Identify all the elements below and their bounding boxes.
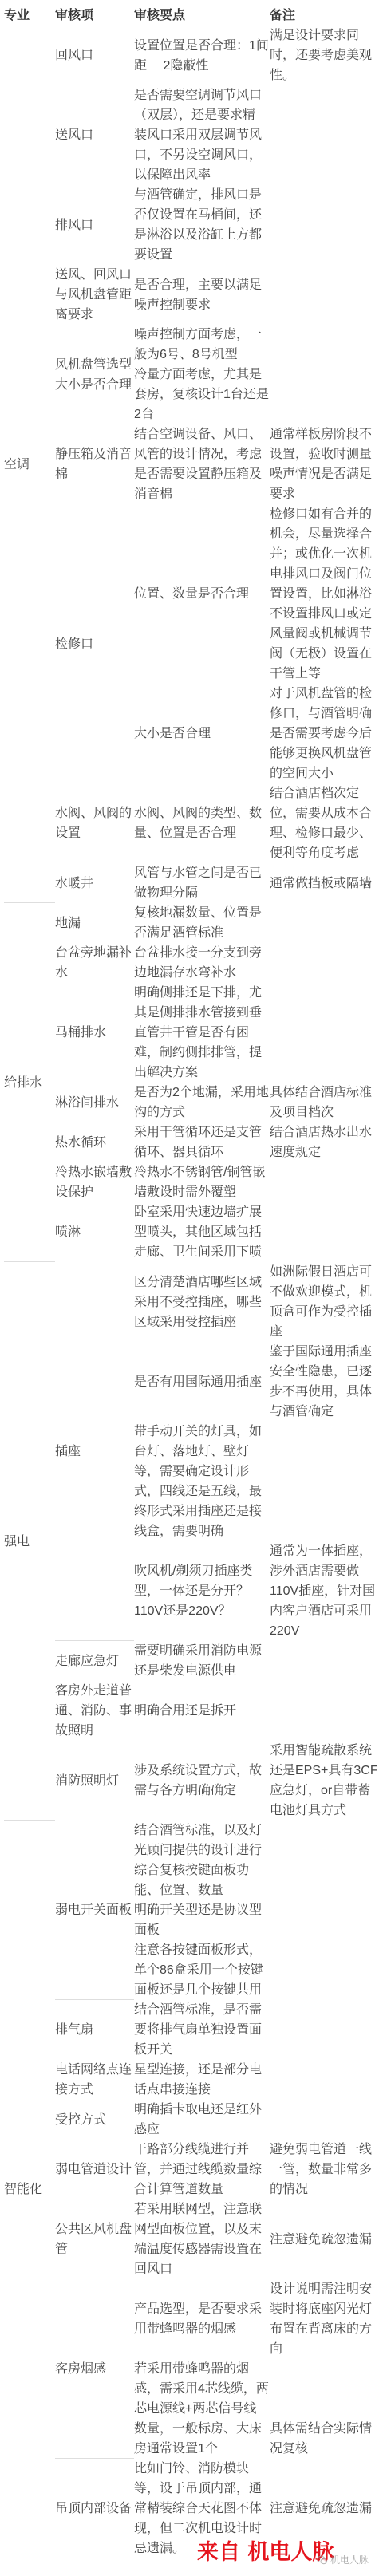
remark-cell: [270, 1821, 376, 1900]
remark-cell: 如洲际假日酒店可 不做欢迎模式，机 顶盒可作为受控插 座: [270, 1262, 376, 1342]
watermark-source: 机电人脉: [317, 2554, 369, 2566]
table-row: 弱电管道设计 干路部分线缆进行并 管，并通过线缆数量综 合计算管道数量 避免弱电…: [4, 2140, 376, 2199]
review-point-cell: 冷热水不锈钢管/铜管嵌 墙敷设时需外覆塑: [134, 1162, 270, 1202]
review-point-cell: 若采用联网型，注意联 网型面板位置，以及末 端温度传感器需设置在 回风口: [134, 2199, 270, 2279]
table-row: 空调 回风口 设置位置是否合理：1间 距 2隐蔽性 满足设计要求同 时，还要考虑…: [4, 26, 376, 85]
review-item-cell: 客房外走道普 通、消防、事 故照明: [55, 1681, 134, 1741]
remark-cell: 具体需结合实际情 况复核: [270, 2419, 376, 2459]
review-point-cell: 设置位置是否合理：1间 距 2隐蔽性: [134, 26, 270, 85]
watermark-text: 来自 机电人脉: [197, 2540, 334, 2566]
review-item-cell: 弱电管道设计: [55, 2140, 134, 2199]
specialty-cell: 智能化: [4, 1821, 55, 2558]
review-item-cell: 喷淋: [55, 1202, 134, 1262]
bottom-divider: [12, 2574, 375, 2574]
review-item-cell: 风机盘管选型 大小是否合理: [55, 325, 134, 424]
review-point-cell: 明确侧排还是下排，尤 其是侧排排水管接到垂 直管井干管是否有困 难，制约侧排排管…: [134, 983, 270, 1083]
review-point-cell: 结合空调设备、风口、 风管的设计情况，考虑 是否需要设置静压箱及 消音棉: [134, 424, 270, 504]
review-item-cell: 送风口: [55, 85, 134, 185]
table-row: 走廊应急灯 需要明确采用消防电源 还是柴发电源供电: [4, 1641, 376, 1681]
review-item-cell: 冷热水嵌墙敷 设保护: [55, 1162, 134, 1202]
remark-cell: [270, 1940, 376, 2000]
table-row: 公共区风机盘 管 若采用联网型，注意联 网型面板位置，以及末 端温度传感器需设置…: [4, 2199, 376, 2279]
remark-cell: 采用智能疏散系统 还是EPS+具有3CF 应急灯，or自带蓄 电池灯具方式: [270, 1741, 376, 1821]
table-row: 台盆旁地漏补 水 台盆排水接一分支到旁 边地漏存水弯补水: [4, 943, 376, 983]
review-point-cell: 是否为2个地漏，采用地 沟的方式: [134, 1083, 270, 1122]
table-row: 喷淋 卧室采用快速边墙扩展 型喷头，其他区域包括 走廊、卫生间采用下喷: [4, 1202, 376, 1262]
review-point-cell: 噪声控制方面考虑，一 般为6号、8号机型: [134, 325, 270, 365]
remark-cell: [270, 983, 376, 1083]
header-review-item: 审核项: [55, 6, 134, 26]
header-remarks: 备注: [270, 6, 376, 26]
wechat-icon: [317, 2554, 328, 2566]
remark-cell: [270, 1202, 376, 1262]
watermark-source-label: 机电人脉: [330, 2554, 369, 2566]
remark-cell: 通常做挡板或隔墙: [270, 863, 376, 903]
remark-cell: [270, 2100, 376, 2140]
remark-cell: [270, 2060, 376, 2100]
review-point-cell: 结合酒管标准，是否需 要将排气扇单独设置面 板开关: [134, 2000, 270, 2060]
review-item-cell: 受控方式: [55, 2100, 134, 2140]
review-item-cell: 排气扇: [55, 2000, 134, 2060]
review-point-cell: 数量，一般标房、大床 房通常设置1个: [134, 2419, 270, 2459]
table-row: 检修口 位置、数量是否合理 检修口如有合并的 机会，尽量选择合 并；或优化一次机…: [4, 504, 376, 684]
table-row: 客房外走道普 通、消防、事 故照明 明确合用还是拆开: [4, 1681, 376, 1741]
remark-cell: [270, 1422, 376, 1541]
remark-cell: [270, 265, 376, 325]
table-row: 冷热水嵌墙敷 设保护 冷热水不锈钢管/铜管嵌 墙敷设时需外覆塑: [4, 1162, 376, 1202]
specialty-cell: 强电: [4, 1262, 55, 1821]
review-item-cell: 公共区风机盘 管: [55, 2199, 134, 2279]
remark-cell: 通常样板房阶段不 设置，验收时测量 噪声情况是否满足 要求: [270, 424, 376, 504]
table-row: 风机盘管选型 大小是否合理 噪声控制方面考虑，一 般为6号、8号机型: [4, 325, 376, 365]
review-point-cell: 冷量方面考虑，尤其是 套房，复核设计1台还是 2台: [134, 365, 270, 424]
review-item-cell: 淋浴间排水: [55, 1083, 134, 1122]
remark-cell: 注意避免疏忽遗漏: [270, 2199, 376, 2279]
review-checklist-table: 专业 审核项 审核要点 备注 空调 回风口 设置位置是否合理：1间 距 2隐蔽性…: [4, 6, 376, 2558]
table-row: 送风、回风口 与风机盘管距 离要求 是否合理，主要以满足 噪声控制要求: [4, 265, 376, 325]
review-point-cell: 是否有用国际通用插座: [134, 1342, 270, 1422]
remark-cell: 避免弱电管道一线 一管，数量非常多 的情况: [270, 2140, 376, 2199]
review-point-cell: 结合酒管标准，以及灯 光顾问提供的设计进行 综合复核按键面板功 能、位置、数量: [134, 1821, 270, 1900]
review-point-cell: 风管与水管之间是否已 做物理分隔: [134, 863, 270, 903]
remark-cell: [270, 1681, 376, 1741]
remark-cell: 检修口如有合并的 机会，尽量选择合 并；或优化一次机 电排风口及阀门位 置设置，…: [270, 504, 376, 684]
review-item-cell: 热水循环: [55, 1122, 134, 1162]
table-row: 热水循环 采用干管循环还是支管 循环、器具循环 结合酒店热水出水 速度规定: [4, 1122, 376, 1162]
review-point-cell: 区分清楚酒店哪些区域 采用不受控插座，哪些 区域采用受控插座: [134, 1262, 270, 1342]
remark-cell: 对于风机盘管的检 修口，与酒管明确 是否需要考虑今后 能够更换风机盘管 的空间大…: [270, 684, 376, 783]
review-item-cell: 吊顶内部设备: [55, 2459, 134, 2558]
review-item-cell: 电话网络点连 接方式: [55, 2060, 134, 2100]
table-row: 送风口 是否需要空调调节风口 （双层），还是要求精 装风口采用双层调节风 口，不…: [4, 85, 376, 185]
review-point-cell: 若采用带蜂鸣器的烟 感，需采用4芯线缆，两 芯电源线+两芯信号线: [134, 2359, 270, 2419]
table-row: 智能化 弱电开关面板 结合酒管标准，以及灯 光顾问提供的设计进行 综合复核按键面…: [4, 1821, 376, 1900]
table-row: 受控方式 明确插卡取电还是红外 感应: [4, 2100, 376, 2140]
table-row: 淋浴间排水 是否为2个地漏，采用地 沟的方式 具体结合酒店标准 及项目档次: [4, 1083, 376, 1122]
table-row: 排风口 与酒管确定，排风口是 否仅设置在马桶间，还 是淋浴以及浴缸上方都 要设置: [4, 185, 376, 265]
review-point-cell: 采用干管循环还是支管 循环、器具循环: [134, 1122, 270, 1162]
review-point-cell: 星型连接，还是部分电 话点串接连接: [134, 2060, 270, 2100]
table-row: 消防照明灯 涉及系统设置方式，故 需与各方明确确定 采用智能疏散系统 还是EPS…: [4, 1741, 376, 1821]
review-point-cell: 干路部分线缆进行并 管，并通过线缆数量综 合计算管道数量: [134, 2140, 270, 2199]
review-item-cell: 排风口: [55, 185, 134, 265]
table-row: 水暖井 风管与水管之间是否已 做物理分隔 通常做挡板或隔墙: [4, 863, 376, 903]
review-point-cell: 是否需要空调调节风口 （双层），还是要求精 装风口采用双层调节风 口，不另设空调…: [134, 85, 270, 185]
review-item-cell: 台盆旁地漏补 水: [55, 943, 134, 983]
review-point-cell: 带手动开关的灯具，如 台灯、落地灯、壁灯 等，需要确定设计形 式，四线还是五线，…: [134, 1422, 270, 1541]
remark-cell: [270, 2000, 376, 2060]
review-item-cell: 马桶排水: [55, 983, 134, 1083]
remark-cell: [270, 1900, 376, 1940]
remark-cell: [270, 325, 376, 365]
remark-cell: [270, 365, 376, 424]
review-point-cell: 水阀、风阀的类型、数 量、位置是否合理: [134, 783, 270, 863]
review-item-cell: 送风、回风口 与风机盘管距 离要求: [55, 265, 134, 325]
review-point-cell: 需要明确采用消防电源 还是柴发电源供电: [134, 1641, 270, 1681]
table-row: 客房烟感 产品选型，是否要求采 用带蜂鸣器的烟感 设计说明需注明安 装时将底座闪…: [4, 2279, 376, 2359]
review-point-cell: 明确合用还是拆开: [134, 1681, 270, 1741]
remark-cell: 结合酒店档次定 位，需要从成本合 理、检修口最少、 便利等角度考虑: [270, 783, 376, 863]
review-point-cell: 与酒管确定，排风口是 否仅设置在马桶间，还 是淋浴以及浴缸上方都 要设置: [134, 185, 270, 265]
remark-cell: [270, 85, 376, 185]
review-item-cell: 回风口: [55, 26, 134, 85]
remark-cell: [270, 1641, 376, 1681]
review-item-cell: 地漏: [55, 903, 134, 943]
specialty-cell: 给排水: [4, 903, 55, 1262]
review-point-cell: 涉及系统设置方式，故 需与各方明确确定: [134, 1741, 270, 1821]
review-point-cell: 是否合理，主要以满足 噪声控制要求: [134, 265, 270, 325]
remark-cell: 满足设计要求同 时，还要考虑美观 性。: [270, 26, 376, 85]
review-item-cell: 弱电开关面板: [55, 1821, 134, 2000]
table-row: 马桶排水 明确侧排还是下排，尤 其是侧排排水管接到垂 直管井干管是否有困 难，制…: [4, 983, 376, 1083]
remark-cell: 通常为一体插座， 涉外酒店需要做 110V插座，针对国 内客户酒店可采用 220…: [270, 1541, 376, 1641]
table-row: 水阀、风阀的 设置 水阀、风阀的类型、数 量、位置是否合理 结合酒店档次定 位，…: [4, 783, 376, 863]
review-item-cell: 走廊应急灯: [55, 1641, 134, 1681]
specialty-cell: 空调: [4, 26, 55, 903]
review-item-cell: 插座: [55, 1262, 134, 1641]
review-item-cell: 客房烟感: [55, 2279, 134, 2459]
review-point-cell: 吹风机/剃须刀插座类 型，一体还是分开？ 110V还是220V？: [134, 1541, 270, 1641]
review-item-cell: 静压箱及消音 棉: [55, 424, 134, 504]
header-row: 专业 审核项 审核要点 备注: [4, 6, 376, 26]
review-item-cell: 水暖井: [55, 863, 134, 903]
review-point-cell: 台盆排水接一分支到旁 边地漏存水弯补水: [134, 943, 270, 983]
remark-cell: 具体结合酒店标准 及项目档次: [270, 1083, 376, 1122]
review-point-cell: 大小是否合理: [134, 684, 270, 783]
remark-cell: [270, 943, 376, 983]
review-point-cell: 明确开关型还是协议型 面板: [134, 1900, 270, 1940]
review-point-cell: 明确插卡取电还是红外 感应: [134, 2100, 270, 2140]
table-row: 静压箱及消音 棉 结合空调设备、风口、 风管的设计情况，考虑 是否需要设置静压箱…: [4, 424, 376, 504]
review-item-cell: 水阀、风阀的 设置: [55, 783, 134, 863]
remark-cell: [270, 903, 376, 943]
table-row: 电话网络点连 接方式 星型连接，还是部分电 话点串接连接: [4, 2060, 376, 2100]
remark-cell: [270, 2359, 376, 2419]
table-row: 强电 插座 区分清楚酒店哪些区域 采用不受控插座，哪些 区域采用受控插座 如洲际…: [4, 1262, 376, 1342]
remark-cell: 结合酒店热水出水 速度规定: [270, 1122, 376, 1162]
table-row: 排气扇 结合酒管标准，是否需 要将排气扇单独设置面 板开关: [4, 2000, 376, 2060]
review-item-cell: 检修口: [55, 504, 134, 783]
remark-cell: [270, 1162, 376, 1202]
table-row: 给排水 地漏 复核地漏数量、位置是 否满足酒管标准: [4, 903, 376, 943]
remark-cell: [270, 185, 376, 265]
review-point-cell: 位置、数量是否合理: [134, 504, 270, 684]
review-point-cell: 产品选型，是否要求采 用带蜂鸣器的烟感: [134, 2279, 270, 2359]
review-item-cell: 消防照明灯: [55, 1741, 134, 1821]
header-specialty: 专业: [4, 6, 55, 26]
remark-cell: 鉴于国际通用插座 安全性隐患，已逐 步不再使用，具体 与酒管确定: [270, 1342, 376, 1422]
review-point-cell: 注意各按键面板形式， 单个86盒采用一个按键 面板还是几个按键共用: [134, 1940, 270, 2000]
header-review-points: 审核要点: [134, 6, 270, 26]
review-point-cell: 复核地漏数量、位置是 否满足酒管标准: [134, 903, 270, 943]
remark-cell: 设计说明需注明安 装时将底座闪光灯 布置在背离床的方 向: [270, 2279, 376, 2359]
review-point-cell: 卧室采用快速边墙扩展 型喷头，其他区域包括 走廊、卫生间采用下喷: [134, 1202, 270, 1262]
